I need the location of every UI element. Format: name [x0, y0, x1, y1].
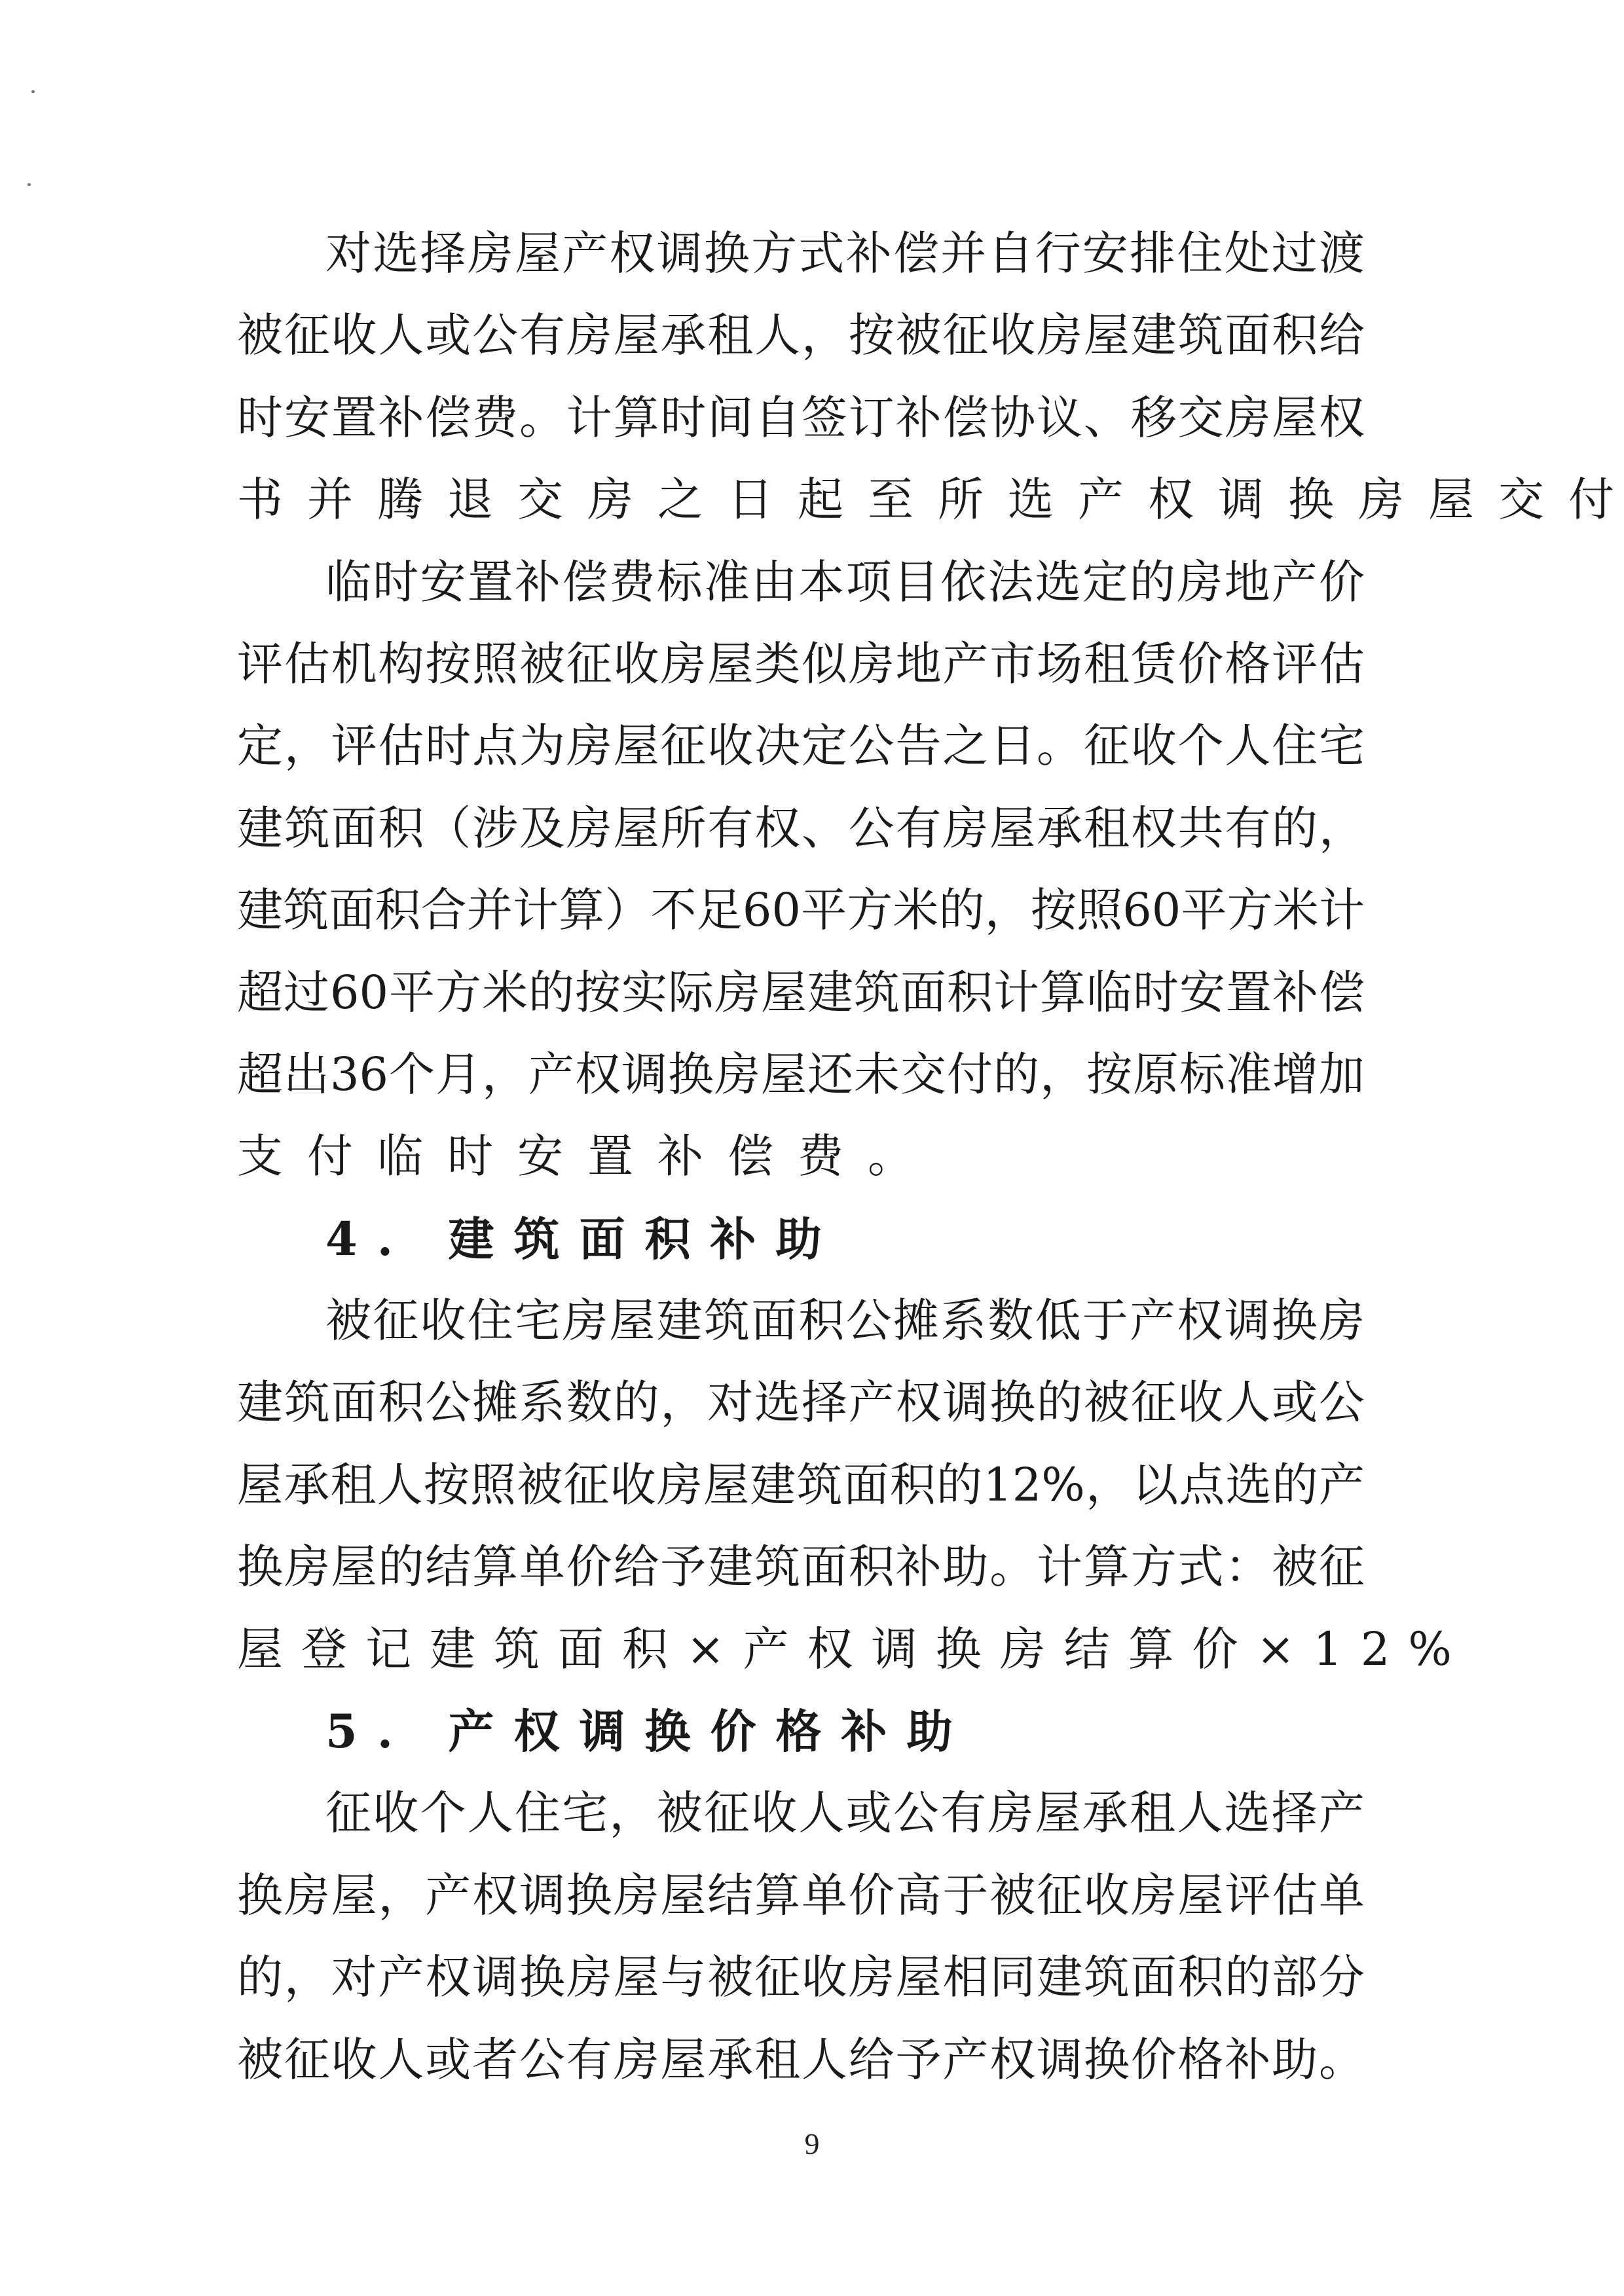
paragraph-3-line-2: 建​筑​面​积​公​摊​系​数​的​，​对​选​择​产​权​调​换​的​被​征​… — [237, 1362, 1365, 1444]
paragraph-2-line-6: 超​过​6​0​平​方​米​的​按​实​际​房​屋​建​筑​面​积​计​算​临​… — [237, 952, 1365, 1034]
paragraph-2-line-5: 建​筑​面​积​合​并​计​算​）​不​足​6​0​平​方​米​的​，​按​照​… — [237, 869, 1365, 951]
paragraph-1-line-2: 被​征​收​人​或​公​有​房​屋​承​租​人​，​按​被​征​收​房​屋​建​… — [237, 295, 1365, 376]
paragraph-3-line-5: 屋登记建筑面积×产权调换房结算价×12% — [237, 1609, 1365, 1690]
paragraph-2-line-1: 临​时​安​置​补​偿​费​标​准​由​本​项​目​依​法​选​定​的​房​地​… — [237, 541, 1365, 623]
paragraph-4-line-2: 换​房​屋​，​产​权​调​换​房​屋​结​算​单​价​高​于​被​征​收​房​… — [237, 1855, 1365, 1937]
paragraph-4-line-1: 征​收​个​人​住​宅​，​被​征​收​人​或​公​有​房​屋​承​租​人​选​… — [237, 1772, 1365, 1854]
paragraph-3-line-4: 换​房​屋​的​结​算​单​价​给​予​建​筑​面​积​补​助​。​计​算​方​… — [237, 1526, 1365, 1608]
paragraph-2-line-2: 评​估​机​构​按​照​被​征​收​房​屋​类​似​房​地​产​市​场​租​赁​… — [237, 623, 1365, 705]
section-heading-5: 5. 产权调换价格补助 — [237, 1690, 1365, 1772]
paragraph-2-line-3: 定​，​评​估​时​点​为​房​屋​征​收​决​定​公​告​之​日​。​征​收​… — [237, 705, 1365, 787]
section-heading-4: 4. 建筑面积补助 — [237, 1198, 1365, 1280]
document-page: 对​选​择​房​屋​产​权​调​换​方​式​补​偿​并​自​行​安​排​住​处​… — [0, 0, 1624, 2296]
paragraph-3-line-3: 屋​承​租​人​按​照​被​征​收​房​屋​建​筑​面​积​的​1​2​%​，​… — [237, 1444, 1365, 1526]
paragraph-2-line-4: 建​筑​面​积​（​涉​及​房​屋​所​有​权​、​公​有​房​屋​承​租​权​… — [237, 788, 1365, 869]
paragraph-1-line-4: 书并腾退交房之日起至所选产权调换房屋交付之日止。 — [237, 459, 1365, 541]
paragraph-2-line-8: 支付临时安置补偿费。 — [237, 1116, 1365, 1197]
paragraph-4-line-4: 被​征​收​人​或​者​公​有​房​屋​承​租​人​给​予​产​权​调​换​价​… — [237, 2019, 1365, 2101]
body-text: 对​选​择​房​屋​产​权​调​换​方​式​补​偿​并​自​行​安​排​住​处​… — [237, 213, 1365, 2101]
scan-speck — [31, 90, 35, 93]
paragraph-3-line-1: 被​征​收​住​宅​房​屋​建​筑​面​积​公​摊​系​数​低​于​产​权​调​… — [237, 1280, 1365, 1362]
paragraph-2-line-7: 超​出​3​6​个​月​，​产​权​调​换​房​屋​还​未​交​付​的​，​按​… — [237, 1034, 1365, 1116]
scan-speck — [28, 183, 31, 186]
paragraph-4-line-3: 的​，​对​产​权​调​换​房​屋​与​被​征​收​房​屋​相​同​建​筑​面​… — [237, 1937, 1365, 2018]
paragraph-1-line-1: 对​选​择​房​屋​产​权​调​换​方​式​补​偿​并​自​行​安​排​住​处​… — [237, 213, 1365, 295]
paragraph-1-line-3: 时​安​置​补​偿​费​。​计​算​时​间​自​签​订​补​偿​协​议​、​移​… — [237, 377, 1365, 459]
page-number: 9 — [0, 2126, 1624, 2161]
